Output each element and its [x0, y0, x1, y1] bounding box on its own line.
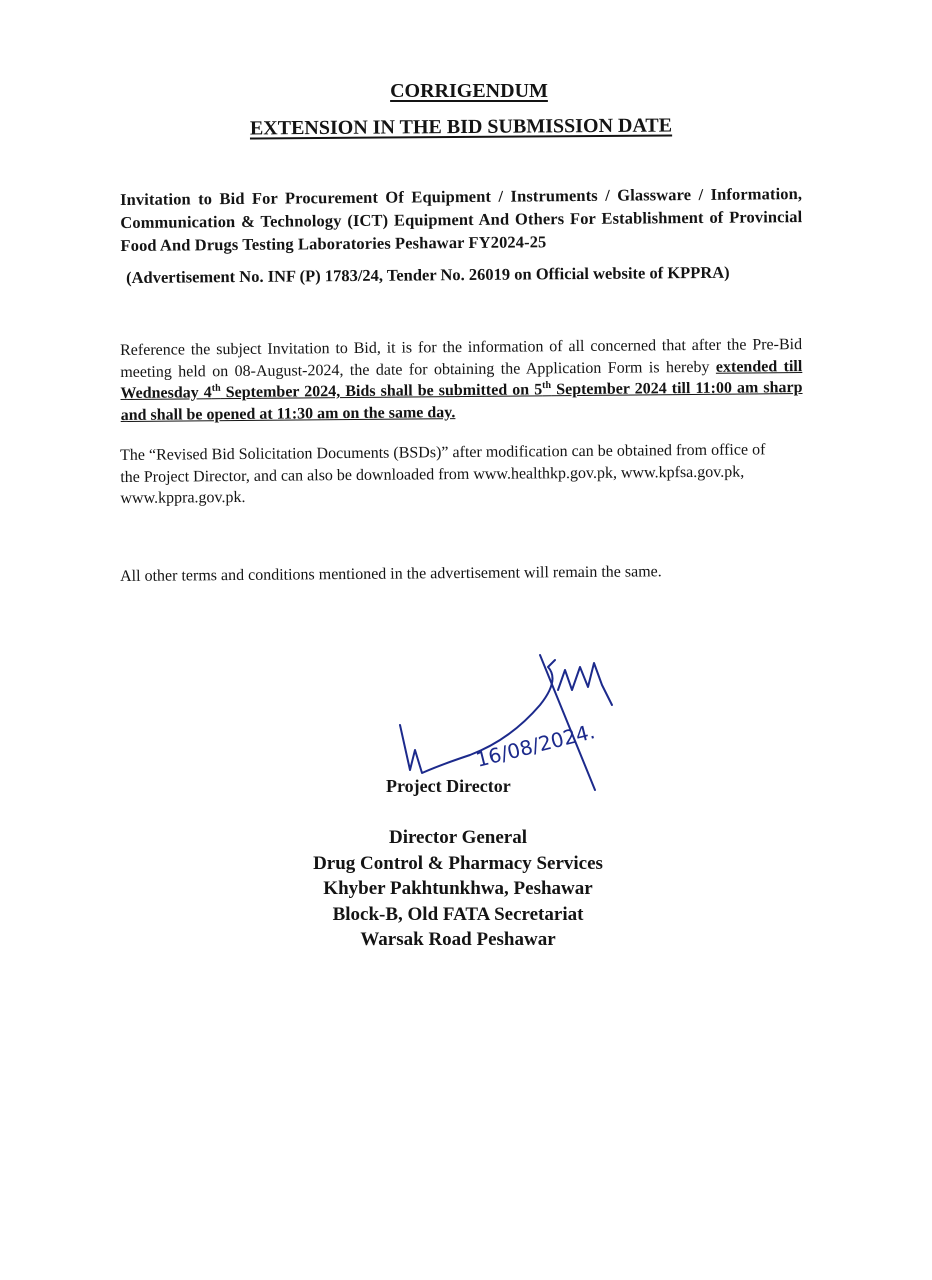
- advertisement-reference: (Advertisement No. INF (P) 1783/24, Tend…: [126, 262, 806, 288]
- signatory-title: Project Director: [386, 776, 511, 797]
- subject-line: Invitation to Bid For Procurement Of Equ…: [120, 182, 803, 257]
- paragraph-intro: Reference the subject Invitation to Bid,…: [120, 336, 802, 380]
- office-line: Warsak Road Peshawar: [0, 927, 916, 953]
- extension-paragraph: Reference the subject Invitation to Bid,…: [120, 334, 803, 426]
- office-line: Khyber Pakhtunkhwa, Peshawar: [0, 876, 916, 902]
- signature-date: 16/08/2024.: [473, 719, 597, 772]
- document-title: CORRIGENDUM: [3, 80, 932, 103]
- ordinal-suffix: th: [212, 383, 221, 394]
- office-line: Drug Control & Pharmacy Services: [0, 851, 916, 877]
- office-line: Block-B, Old FATA Secretariat: [0, 902, 916, 928]
- revised-bsd-paragraph: The “Revised Bid Solicitation Documents …: [120, 439, 781, 509]
- ordinal-suffix: th: [542, 380, 551, 391]
- office-line: Director General: [0, 825, 916, 851]
- handwritten-signature: 16/08/2024.: [380, 645, 640, 795]
- office-address-block: Director General Drug Control & Pharmacy…: [0, 825, 916, 953]
- document-subtitle: EXTENSION IN THE BID SUBMISSION DATE: [0, 113, 927, 143]
- terms-paragraph: All other terms and conditions mentioned…: [120, 560, 760, 587]
- emphasis-part-b: September 2024, Bids shall be submitted …: [221, 381, 543, 401]
